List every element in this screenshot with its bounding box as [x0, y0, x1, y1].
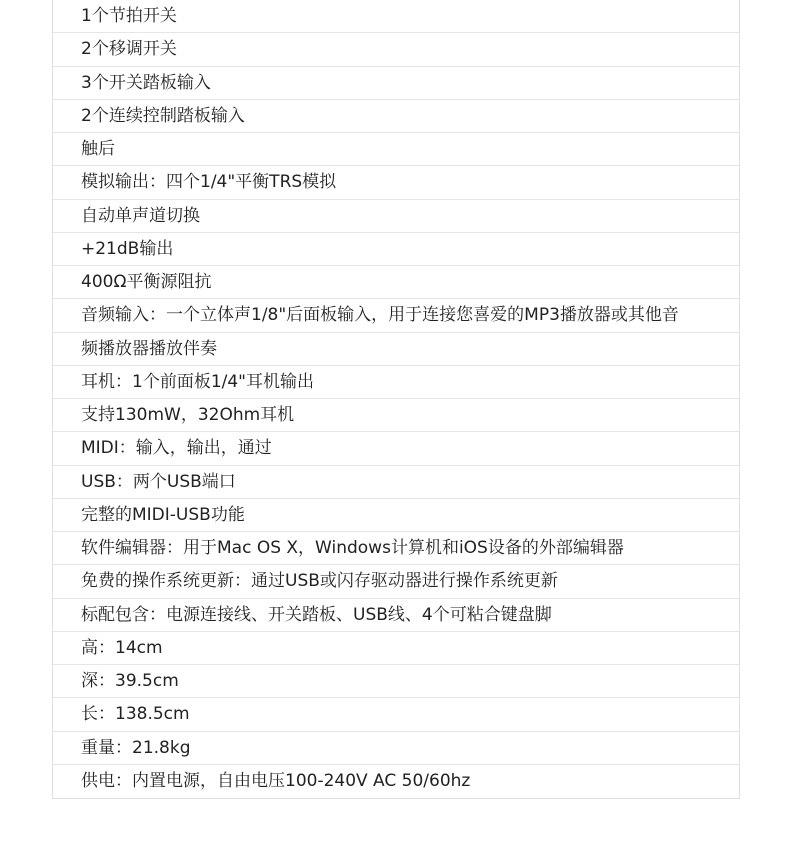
spec-row: 供电：内置电源，自由电压100-240V AC 50/60hz	[53, 765, 739, 798]
spec-row: 400Ω平衡源阻抗	[53, 266, 739, 299]
spec-row: 模拟输出：四个1/4"平衡TRS模拟	[53, 166, 739, 199]
spec-row: +21dB输出	[53, 233, 739, 266]
spec-row: 音频输入：一个立体声1/8"后面板输入，用于连接您喜爱的MP3播放器或其他音	[53, 299, 739, 332]
spec-row: 1个节拍开关	[53, 0, 739, 33]
spec-row: 频播放器播放伴奏	[53, 333, 739, 366]
spec-table: 1个节拍开关 2个移调开关 3个开关踏板输入 2个连续控制踏板输入 触后 模拟输…	[52, 0, 740, 799]
spec-row: 免费的操作系统更新：通过USB或闪存驱动器进行操作系统更新	[53, 565, 739, 598]
spec-row: 标配包含：电源连接线、开关踏板、USB线、4个可粘合键盘脚	[53, 599, 739, 632]
spec-row: 3个开关踏板输入	[53, 67, 739, 100]
spec-row: 软件编辑器：用于Mac OS X，Windows计算机和iOS设备的外部编辑器	[53, 532, 739, 565]
spec-row: 完整的MIDI-USB功能	[53, 499, 739, 532]
spec-row: USB：两个USB端口	[53, 466, 739, 499]
spec-row: 支持130mW，32Ohm耳机	[53, 399, 739, 432]
spec-row: MIDI：输入，输出，通过	[53, 432, 739, 465]
spec-row: 重量：21.8kg	[53, 732, 739, 765]
spec-row: 自动单声道切换	[53, 200, 739, 233]
spec-row: 高：14cm	[53, 632, 739, 665]
spec-row: 触后	[53, 133, 739, 166]
spec-row: 2个移调开关	[53, 33, 739, 66]
spec-row: 长：138.5cm	[53, 698, 739, 731]
spec-row: 深：39.5cm	[53, 665, 739, 698]
spec-row: 耳机：1个前面板1/4"耳机输出	[53, 366, 739, 399]
spec-row: 2个连续控制踏板输入	[53, 100, 739, 133]
